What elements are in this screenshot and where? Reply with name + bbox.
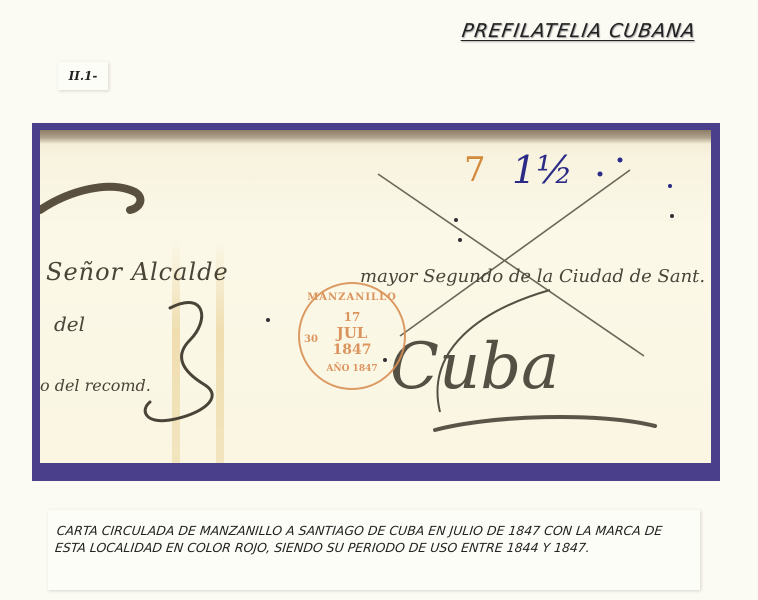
cover-letter-image: 7 1½ Señor Alcalde mayor Segundo de la C… — [40, 130, 711, 463]
postmark-side: 30 — [304, 334, 318, 345]
address-line-2: mayor Segundo de la Ciudad de Sant. de — [360, 266, 711, 287]
destination-city: Cuba — [390, 330, 559, 404]
caption-text: CARTA CIRCULADA DE MANZANILLO A SANTIAGO… — [54, 522, 694, 556]
blue-ink-mark: 1½ — [512, 148, 573, 192]
address-line-3: del — [54, 312, 85, 336]
red-postmark: MANZANILLO 17 JUL 1847 30 AÑO 1847 — [298, 282, 406, 390]
postmark-town: MANZANILLO — [300, 292, 404, 303]
rate-mark: 7 — [464, 150, 486, 190]
page-title: PREFILATELIA CUBANA — [460, 20, 697, 42]
postmark-day: 17 — [300, 310, 404, 324]
section-label: II.1- — [58, 62, 108, 90]
address-line-4: o del recomd. — [40, 376, 151, 395]
caption-box: CARTA CIRCULADA DE MANZANILLO A SANTIAGO… — [48, 510, 700, 590]
postmark-bottom: AÑO 1847 — [300, 364, 404, 374]
address-line-1: Señor Alcalde — [46, 258, 229, 286]
